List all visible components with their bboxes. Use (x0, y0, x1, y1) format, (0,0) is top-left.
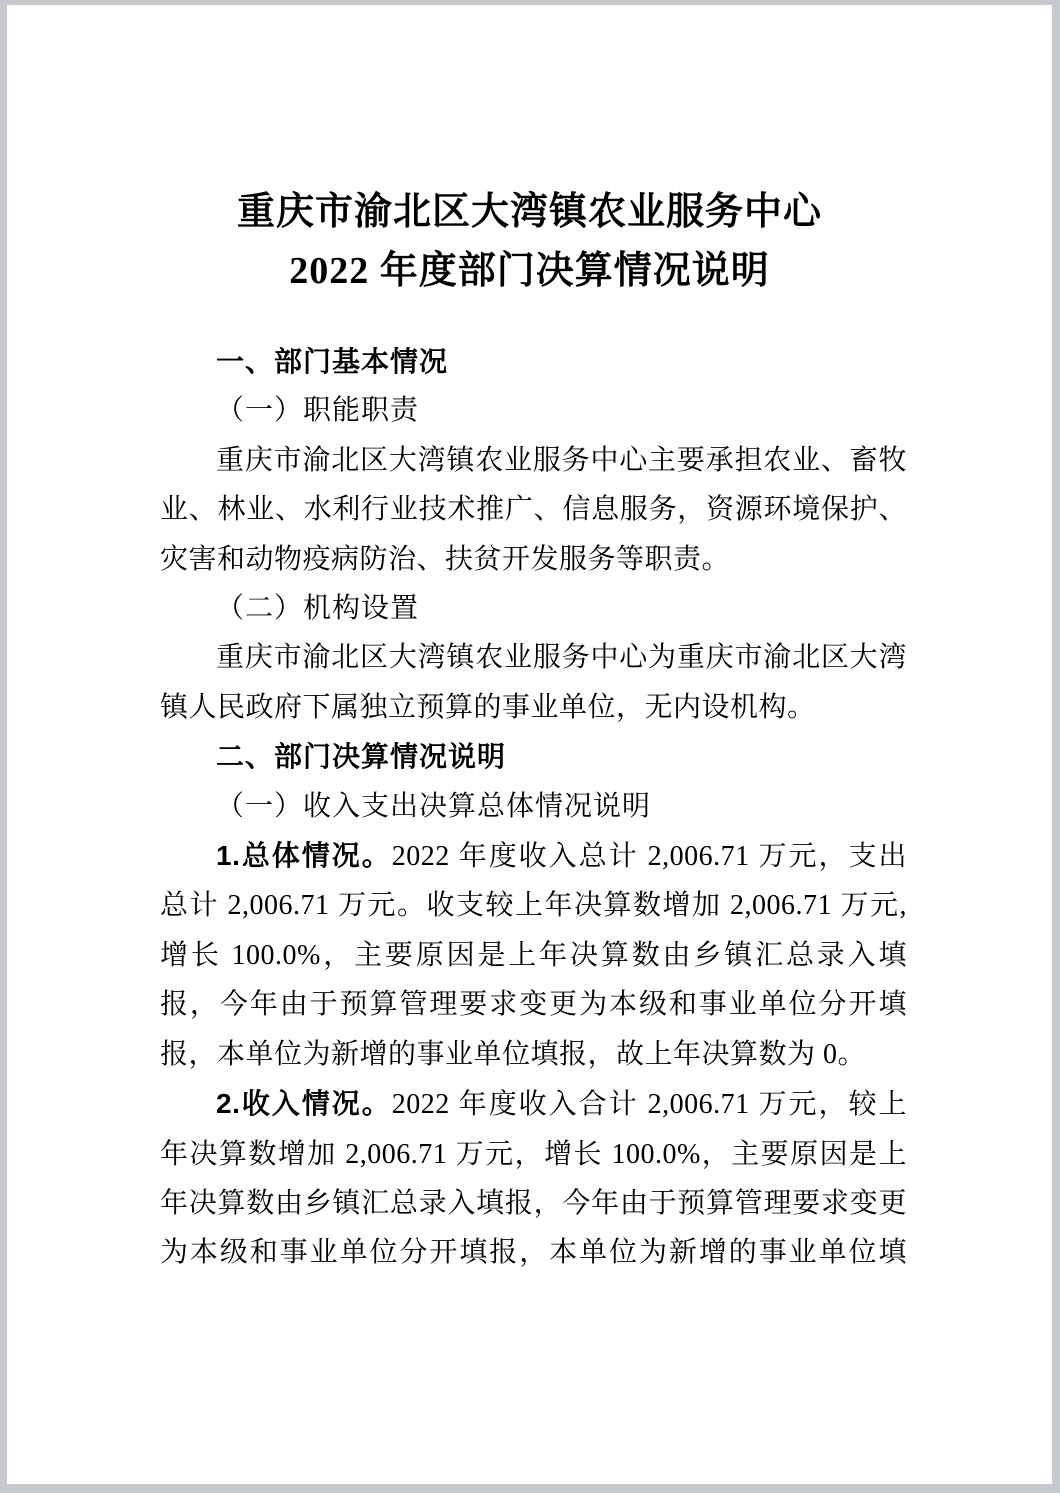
paragraph-duties: 重庆市渝北区大湾镇农业服务中心主要承担农业、畜牧业、林业、水利行业技术推广、信息… (160, 436, 907, 584)
paragraph-overall-situation-text: 2022 年度收入总计 2,006.71 万元，支出总计 2,006.71 万元… (160, 841, 907, 1070)
document-title-line2: 2022 年度部门决算情况说明 (289, 250, 770, 292)
paragraph-overall-situation-lead: 1.总体情况。 (216, 840, 392, 871)
paragraph-income-situation-lead: 2.收入情况。 (216, 1088, 392, 1119)
document-page: 重庆市渝北区大湾镇农业服务中心 2022 年度部门决算情况说明 一、部门基本情况… (7, 5, 1052, 1484)
document-title-line1: 重庆市渝北区大湾镇农业服务中心 (237, 191, 822, 233)
document-title: 重庆市渝北区大湾镇农业服务中心 2022 年度部门决算情况说明 (67, 183, 992, 301)
subsection-heading-1-2: （二）机构设置 (160, 584, 907, 633)
subsection-heading-1-1: （一）职能职责 (160, 386, 907, 435)
section-heading-2: 二、部门决算情况说明 (160, 732, 907, 781)
paragraph-income-situation: 2.收入情况。2022 年度收入合计 2,006.71 万元，较上年决算数增加 … (160, 1079, 907, 1278)
paragraph-overall-situation: 1.总体情况。2022 年度收入总计 2,006.71 万元，支出总计 2,00… (160, 831, 907, 1079)
document-viewer: 重庆市渝北区大湾镇农业服务中心 2022 年度部门决算情况说明 一、部门基本情况… (0, 0, 1060, 1493)
document-body: 一、部门基本情况 （一）职能职责 重庆市渝北区大湾镇农业服务中心主要承担农业、畜… (160, 337, 907, 1278)
paragraph-organization: 重庆市渝北区大湾镇农业服务中心为重庆市渝北区大湾镇人民政府下属独立预算的事业单位… (160, 633, 907, 732)
subsection-heading-2-1: （一）收入支出决算总体情况说明 (160, 782, 907, 831)
section-heading-1: 一、部门基本情况 (160, 337, 907, 386)
